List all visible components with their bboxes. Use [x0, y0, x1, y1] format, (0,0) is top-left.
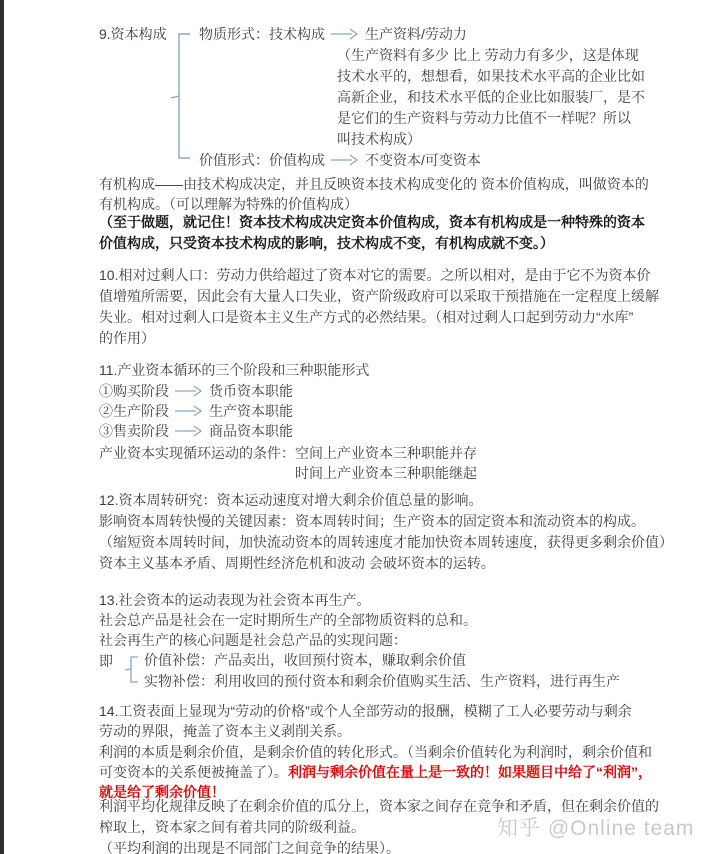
stage-label: ①购买阶段: [99, 381, 169, 401]
arrow-right-icon: [174, 405, 204, 417]
note-line: 技术水平的，想想看，如果技术水平高的企业比如: [337, 66, 645, 87]
text-line: 12.资本周转研究：资本运动速度对增大剩余价值总量的影响。: [99, 490, 673, 511]
branch2-result: 不变资本/可变资本: [365, 150, 481, 170]
item11-stage-2: ②生产阶段 生产资本职能: [99, 401, 293, 421]
text-segment: 可变资本的关系便被掩盖了）。: [99, 764, 288, 780]
stage-label: ②生产阶段: [99, 401, 169, 421]
branch1-result: 生产资料/劳动力: [365, 24, 467, 44]
arrow-right-icon: [330, 28, 360, 40]
arrow-right-icon: [174, 425, 204, 437]
item13-brace-label: 即: [99, 651, 113, 671]
page-edge: [0, 0, 4, 854]
condition-label: 产业资本实现循环运动的条件：: [99, 445, 295, 461]
stage-result: 商品资本职能: [209, 421, 293, 441]
item10-paragraph: 10.相对过剩人口：劳动力供给超过了资本对它的需要。之所以相对，是由于它不为资本…: [99, 265, 659, 349]
stage-result: 生产资本职能: [209, 401, 293, 421]
item13-branch-1: 价值补偿：产品卖出，收回预付资本，赚取剩余价值: [144, 650, 466, 670]
note-line: 叫技术构成）: [337, 129, 645, 150]
text-line: 10.相对过剩人口：劳动力供给超过了资本对它的需要。之所以相对，是由于它不为资本…: [99, 265, 659, 286]
item14-para2: 利润的本质是剩余价值，是剩余价值的转化形式。（当剩余价值转化为利润时，剩余价值和…: [99, 742, 652, 802]
branch2-label: 价值形式：价值构成: [199, 150, 325, 170]
text-line: 失业。相对过剩人口是资本主义生产方式的必然结果。（相对过剩人口起到劳动力“水库”: [99, 307, 659, 328]
text-line: 劳动的界限，掩盖了资本主义剥削关系。: [99, 721, 632, 741]
brace-icon: [170, 32, 192, 162]
red-highlight-text: 利润与剩余价值在量上是一致的！如果题目中给了“利润”，: [288, 764, 652, 780]
item9-branch2: 价值形式：价值构成 不变资本/可变资本: [199, 150, 481, 170]
item11-stage-1: ①购买阶段 货币资本职能: [99, 381, 293, 401]
text-line: 价值构成，只受资本技术构成的影响，技术构成不变，有机构成就不变。）: [99, 233, 645, 254]
text-line: 资本主义基本矛盾、周期性经济危机和波动 会破坏资本的运转。: [99, 553, 673, 574]
text-line: 利润的本质是剩余价值，是剩余价值的转化形式。（当剩余价值转化为利润时，剩余价值和: [99, 742, 652, 762]
stage-label: ③售卖阶段: [99, 421, 169, 441]
item11-condition-row: 产业资本实现循环运动的条件：空间上产业资本三种职能并存: [99, 443, 477, 463]
text-line: 14.工资表面上显现为“劳动的价格”或个人全部劳动的报酬，模糊了工人必要劳动与剩…: [99, 701, 632, 721]
text-line: 值增殖所需要，因此会有大量人口失业，资产阶级政府可以采取干预措施在一定程度上缓解: [99, 286, 659, 307]
text-line: 13.社会资本的运动表现为社会资本再生产。: [99, 590, 477, 610]
item11-title: 11.产业资本循环的三个阶段和三种职能形式: [99, 360, 369, 380]
text-line: 有机构成。（可以理解为特殊的价值构成）: [99, 194, 649, 214]
brace-icon: [124, 656, 140, 684]
item13-paragraph: 13.社会资本的运动表现为社会资本再生产。 社会总产品是社会在一定时期所生产的全…: [99, 590, 477, 650]
zhihu-watermark: 知乎 @Online team: [497, 812, 694, 842]
item9-para1: 有机构成——由技术构成决定，并且反映资本技术构成变化的 资本价值构成，叫做资本的…: [99, 174, 649, 214]
note-line: （生产资料有多少 比上 劳动力有多少，这是体现: [337, 45, 645, 66]
text-line: 有机构成——由技术构成决定，并且反映资本技术构成变化的 资本价值构成，叫做资本的: [99, 174, 649, 194]
item13-branch-2: 实物补偿：利用收回的预付资本和剩余价值购买生活、生产资料，进行再生产: [144, 671, 620, 691]
text-line: 社会再生产的核心问题是社会总产品的实现问题：: [99, 630, 477, 650]
item9-note: （生产资料有多少 比上 劳动力有多少，这是体现 技术水平的，想想看，如果技术水平…: [337, 45, 645, 150]
item9-branch1: 物质形式：技术构成 生产资料/劳动力: [199, 24, 467, 44]
item11-stage-3: ③售卖阶段 商品资本职能: [99, 421, 293, 441]
arrow-right-icon: [174, 385, 204, 397]
item12-paragraph: 12.资本周转研究：资本运动速度对增大剩余价值总量的影响。 影响资本周转快慢的关…: [99, 490, 673, 574]
item9-bold-note: （至于做题，就记住！资本技术构成决定资本价值构成，资本有机构成是一种特殊的资本 …: [99, 212, 645, 254]
text-line: 可变资本的关系便被掩盖了）。利润与剩余价值在量上是一致的！如果题目中给了“利润”…: [99, 762, 652, 782]
text-line: （至于做题，就记住！资本技术构成决定资本价值构成，资本有机构成是一种特殊的资本: [99, 212, 645, 233]
item14-para1: 14.工资表面上显现为“劳动的价格”或个人全部劳动的报酬，模糊了工人必要劳动与剩…: [99, 701, 632, 741]
note-line: 高新企业，和技术水平低的企业比如服装厂，是不: [337, 87, 645, 108]
item9-label: 9.资本构成: [99, 24, 167, 44]
text-line: 社会总产品是社会在一定时期所生产的全部物质资料的总和。: [99, 610, 477, 630]
branch1-label: 物质形式：技术构成: [199, 24, 325, 44]
condition-1: 空间上产业资本三种职能并存: [295, 445, 477, 461]
item11-condition-2: 时间上产业资本三种职能继起: [295, 463, 477, 483]
stage-result: 货币资本职能: [209, 381, 293, 401]
text-line: 的作用）: [99, 328, 659, 349]
arrow-right-icon: [330, 154, 360, 166]
text-line: （缩短资本周转时间，加快流动资本的周转速度才能加快资本周转速度，获得更多剩余价值…: [99, 532, 673, 553]
text-line: 影响资本周转快慢的关键因素：资本周转时间；生产资本的固定资本和流动资本的构成。: [99, 511, 673, 532]
note-line: 是它们的生产资料与劳动力比值不一样呢？所以: [337, 108, 645, 129]
